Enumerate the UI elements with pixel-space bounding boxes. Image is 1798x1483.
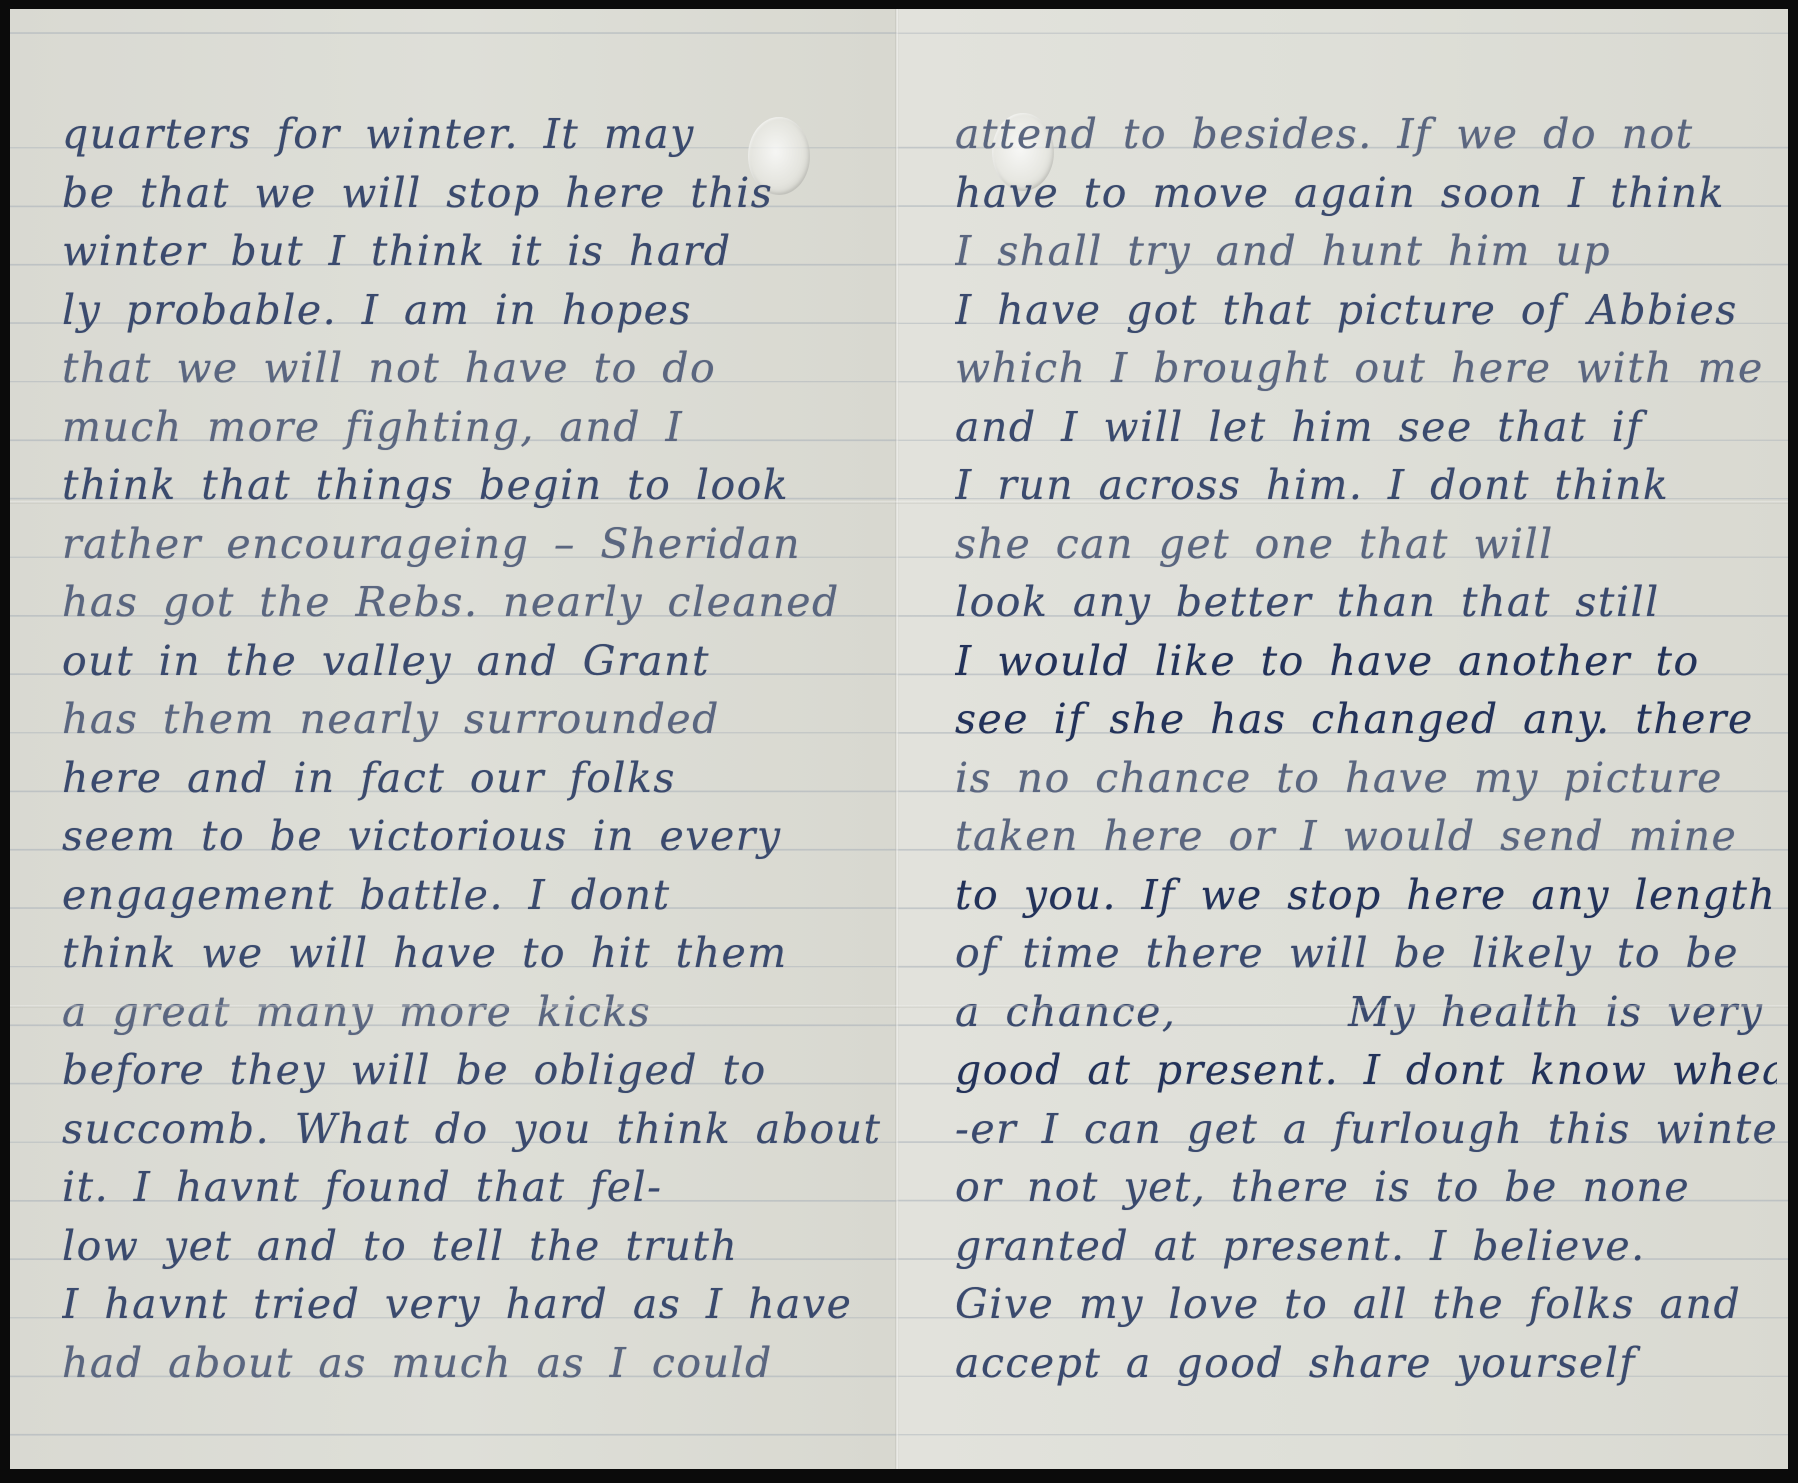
text-line: -er I can get a furlough this winter (955, 1100, 1777, 1159)
text-line: that we will not have to do (62, 339, 892, 398)
text-line: of time there will be likely to be (955, 924, 1777, 983)
text-line: to you. If we stop here any length (955, 866, 1777, 925)
left-page-text: quarters for winter. It may be that we w… (62, 105, 892, 1392)
text-line: quarters for winter. It may (62, 105, 892, 164)
text-line: I shall try and hunt him up (955, 222, 1777, 281)
text-line: is no chance to have my picture (955, 749, 1777, 808)
text-line: accept a good share yourself (955, 1334, 1777, 1393)
text-line: out in the valley and Grant (62, 632, 892, 691)
text-line: I have got that picture of Abbies (955, 281, 1777, 340)
horizontal-fold (10, 1005, 1788, 1008)
text-line: think we will have to hit them (62, 924, 892, 983)
text-line: good at present. I dont know wheath (955, 1041, 1777, 1100)
center-fold (895, 9, 899, 1469)
horizontal-fold (10, 501, 1788, 504)
text-line: be that we will stop here this (62, 164, 892, 223)
text-line: succomb. What do you think about (62, 1100, 892, 1159)
text-line: a chance, My health is very (955, 983, 1777, 1042)
text-line: engagement battle. I dont (62, 866, 892, 925)
text-line: she can get one that will (955, 515, 1777, 574)
text-line: Give my love to all the folks and (955, 1275, 1777, 1334)
text-line: ly probable. I am in hopes (62, 281, 892, 340)
text-line: or not yet, there is to be none (955, 1158, 1777, 1217)
text-line: and I will let him see that if (955, 398, 1777, 457)
right-page-text: attend to besides. If we do not have to … (955, 105, 1777, 1392)
text-line: rather encourageing – Sheridan (62, 515, 892, 574)
text-line: I would like to have another to (955, 632, 1777, 691)
text-line: look any better than that still (955, 573, 1777, 632)
text-line: have to move again soon I think (955, 164, 1777, 223)
text-line: has got the Rebs. nearly cleaned (62, 573, 892, 632)
text-line: which I brought out here with me (955, 339, 1777, 398)
text-line: winter but I think it is hard (62, 222, 892, 281)
text-line: low yet and to tell the truth (62, 1217, 892, 1276)
scanned-letter: quarters for winter. It may be that we w… (0, 0, 1798, 1483)
text-line: think that things begin to look (62, 456, 892, 515)
text-line: it. I havnt found that fel- (62, 1158, 892, 1217)
text-line: a great many more kicks (62, 983, 892, 1042)
text-line: I run across him. I dont think (955, 456, 1777, 515)
text-line: see if she has changed any. there (955, 690, 1777, 749)
text-line: taken here or I would send mine (955, 807, 1777, 866)
text-line: much more fighting, and I (62, 398, 892, 457)
text-line: here and in fact our folks (62, 749, 892, 808)
text-line: had about as much as I could (62, 1334, 892, 1393)
text-line: granted at present. I believe. (955, 1217, 1777, 1276)
paper-sheet: quarters for winter. It may be that we w… (10, 9, 1788, 1469)
left-page: quarters for winter. It may be that we w… (10, 9, 897, 1469)
text-line: has them nearly surrounded (62, 690, 892, 749)
text-line: I havnt tried very hard as I have (62, 1275, 892, 1334)
text-line: attend to besides. If we do not (955, 105, 1777, 164)
right-page: attend to besides. If we do not have to … (897, 9, 1788, 1469)
text-line: before they will be obliged to (62, 1041, 892, 1100)
text-line: seem to be victorious in every (62, 807, 892, 866)
